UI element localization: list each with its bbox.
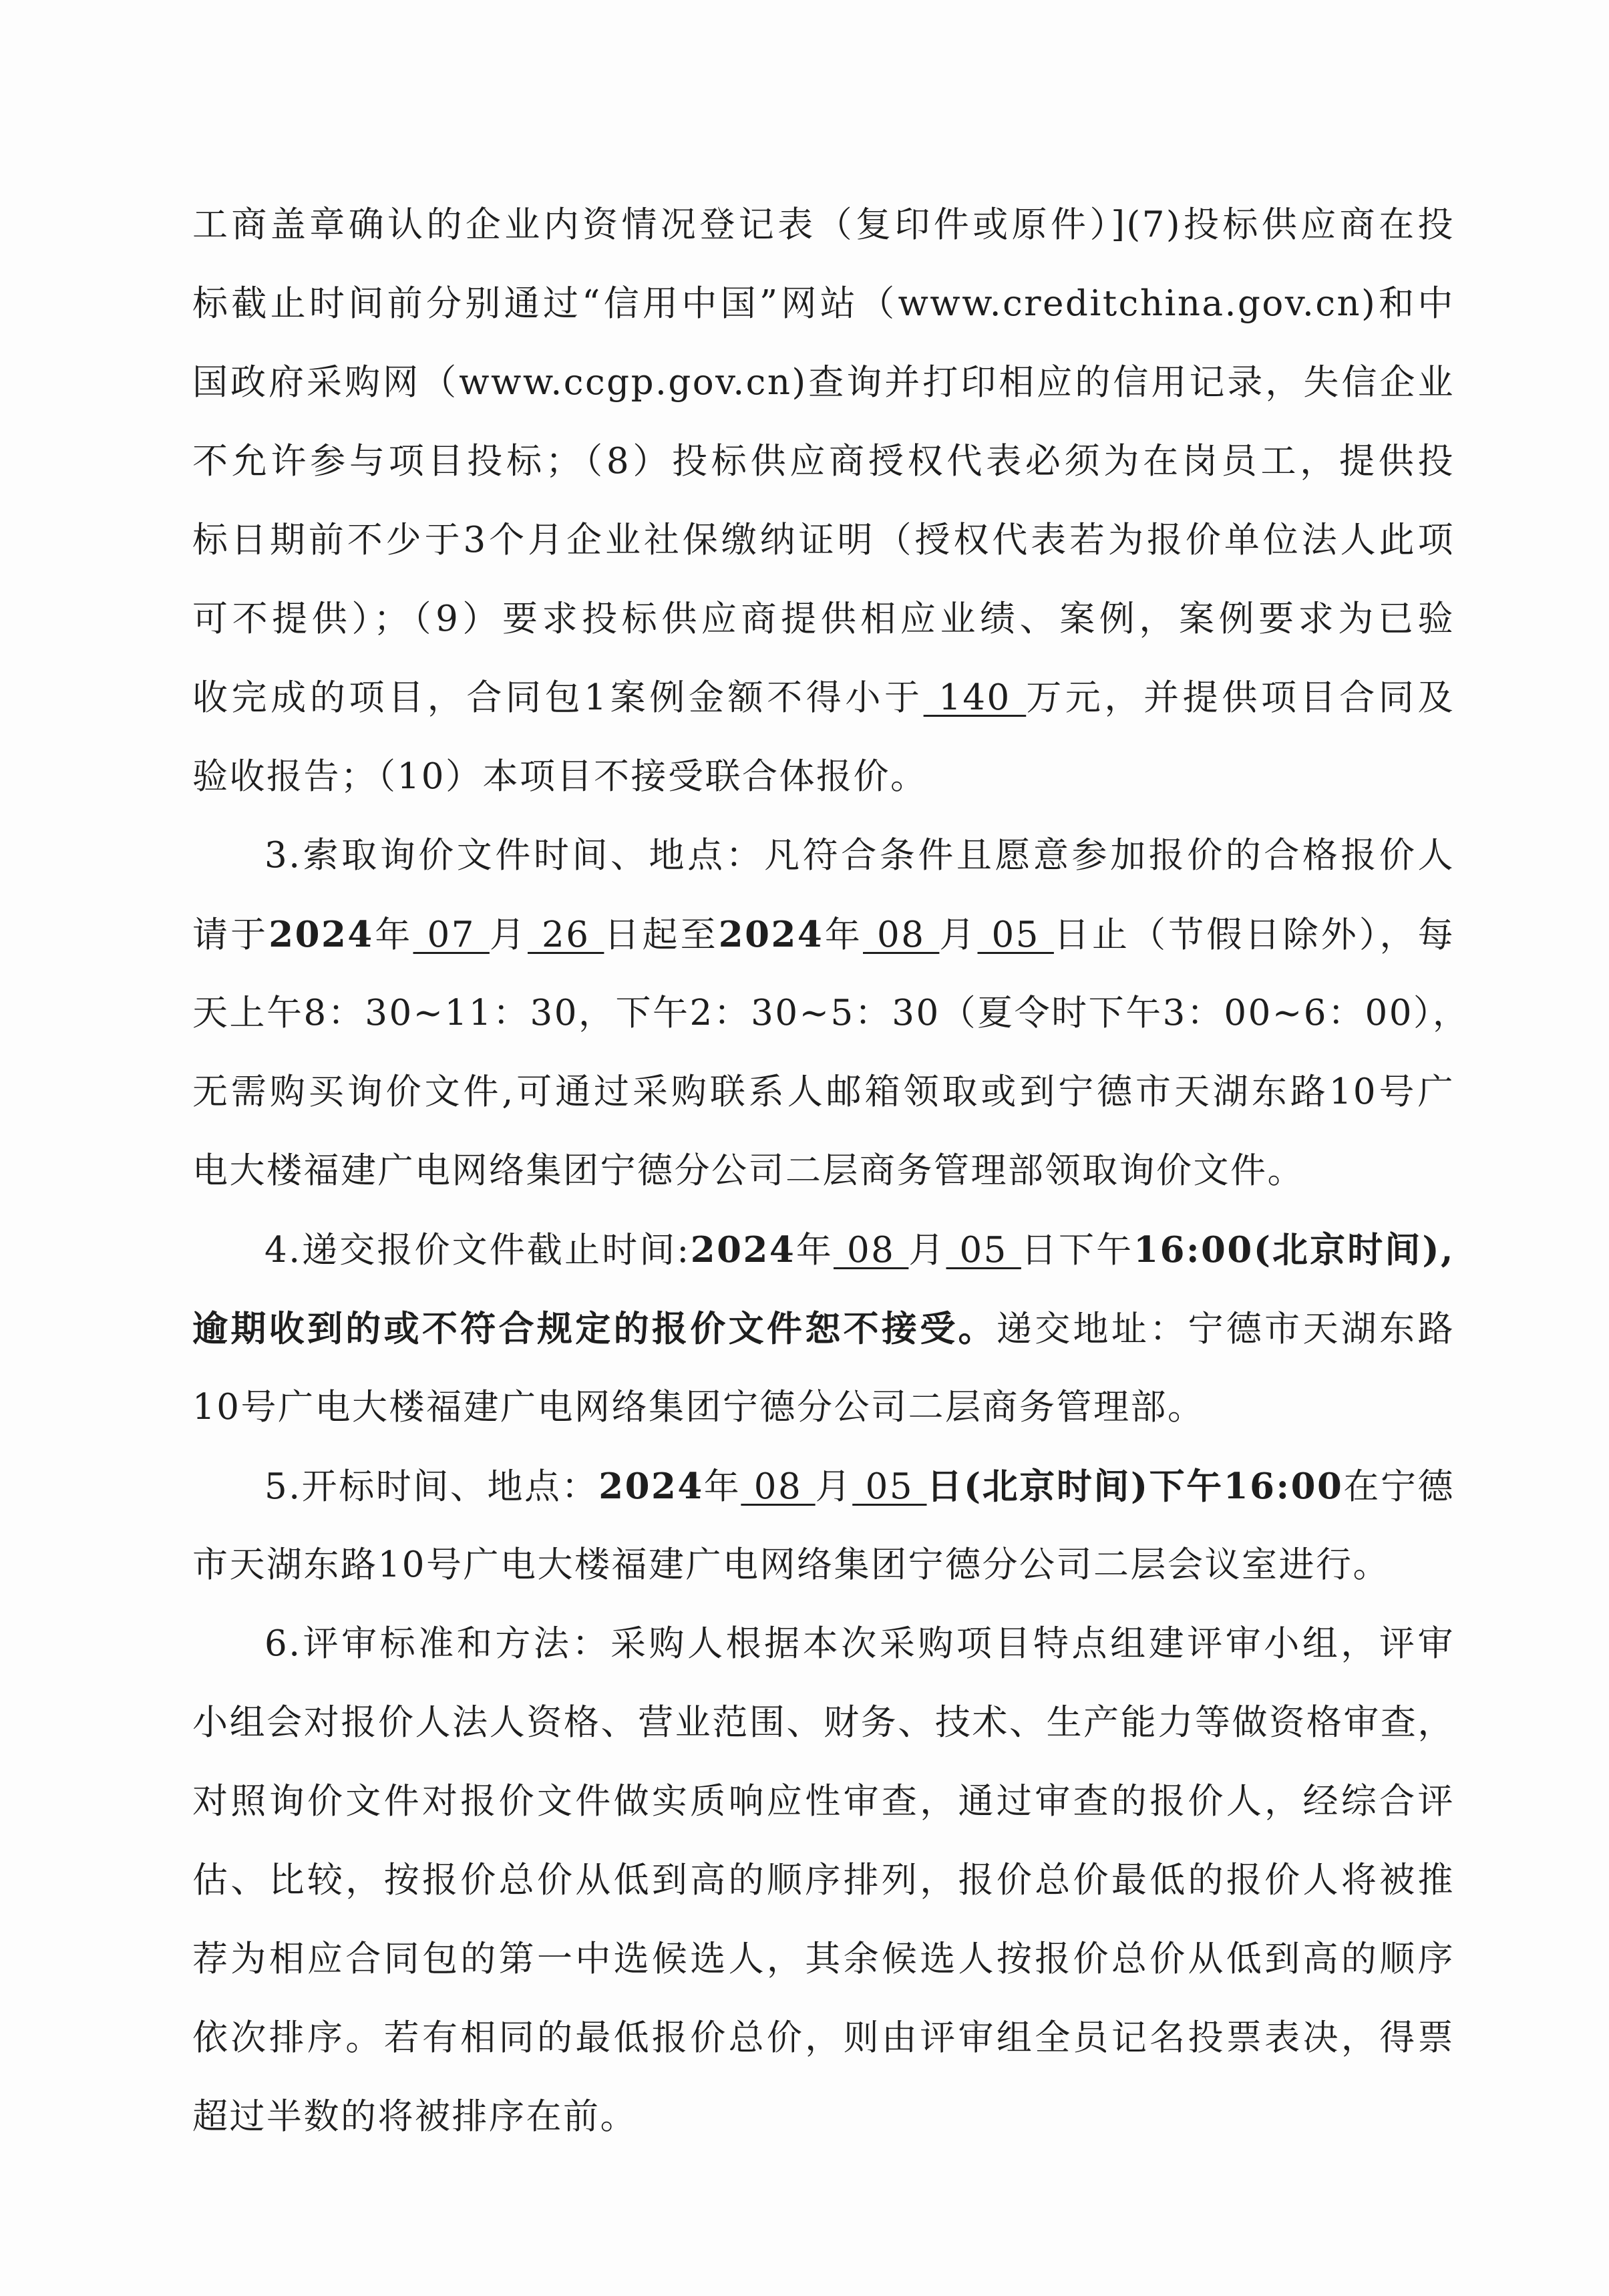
text-segment: 小组会对报价人法人资格、营业范围、财务、技术、生产能力等做资格审查，: [192, 1702, 1455, 1743]
text-line: 可不提供）；（9）要求投标供应商提供相应业绩、案例，案例要求为已验: [192, 580, 1455, 659]
filled-blank: 05: [978, 915, 1054, 955]
filled-blank: 08: [863, 915, 939, 955]
text-segment: (北京时间),: [1254, 1229, 1455, 1271]
text-line: 超过半数的将被排序在前。: [192, 2078, 1455, 2156]
text-segment: 估、比较，按报价总价从低到高的顺序排列，报价总价最低的报价人将被推: [192, 1860, 1455, 1901]
text-line: 收完成的项目，合同包1案例金额不得小于 140 万元，并提供项目合同及: [192, 659, 1455, 737]
text-segment: 16:00: [1133, 1229, 1254, 1271]
text-segment: 电大楼福建广电网络集团宁德分公司二层商务管理部领取询价文件。: [192, 1150, 1304, 1191]
text-line: 无需购买询价文件,可通过采购联系人邮箱领取或到宁德市天湖东路10号广: [192, 1053, 1455, 1132]
filled-blank: 05: [852, 1466, 926, 1507]
text-segment: 2024: [598, 1466, 704, 1507]
text-segment: 3.索取询价文件时间、地点：凡符合条件且愿意参加报价的合格报价人: [264, 835, 1455, 876]
text-segment: 年: [374, 915, 413, 955]
text-line: 6.评审标准和方法：采购人根据本次采购项目特点组建评审小组，评审: [192, 1605, 1455, 1683]
filled-blank: 140: [924, 677, 1027, 718]
text-segment: 收完成的项目，合同包1案例金额不得小于: [192, 677, 924, 718]
text-line: 国政府采购网（www.ccgp.gov.cn)查询并打印相应的信用记录，失信企业: [192, 343, 1455, 422]
text-segment: 对照询价文件对报价文件做实质响应性审查，通过审查的报价人，经综合评: [192, 1781, 1455, 1822]
text-line: 标截止时间前分别通过“信用中国”网站（www.creditchina.gov.c…: [192, 265, 1455, 343]
filled-blank: 08: [834, 1230, 908, 1271]
text-segment: 荐为相应合同包的第一中选候选人，其余候选人按报价总价从低到高的顺序: [192, 1939, 1455, 1979]
text-segment: 2024: [719, 914, 824, 955]
text-segment: 标截止时间前分别通过“信用中国”网站（www.creditchina.gov.c…: [192, 283, 1455, 324]
filled-blank: 26: [528, 915, 604, 955]
text-segment: 可不提供）；（9）要求投标供应商提供相应业绩、案例，案例要求为已验: [192, 599, 1455, 639]
text-segment: 标日期前不少于3个月企业社保缴纳证明（授权代表若为报价单位法人此项: [192, 520, 1455, 560]
text-segment: 递交地址：宁德市天湖东路: [997, 1309, 1455, 1349]
filled-blank: 08: [741, 1466, 815, 1507]
text-line: 10号广电大楼福建广电网络集团宁德分公司二层商务管理部。: [192, 1368, 1455, 1447]
text-segment: 日下午: [1021, 1230, 1133, 1271]
document-page: 工商盖章确认的企业内资情况登记表（复印件或原件）](7)投标供应商在投标截止时间…: [192, 186, 1455, 2156]
text-line: 标日期前不少于3个月企业社保缴纳证明（授权代表若为报价单位法人此项: [192, 501, 1455, 580]
text-line: 天上午8：30~11：30，下午2：30~5：30（夏令时下午3：00~6：00…: [192, 974, 1455, 1053]
text-segment: 4.递交报价文件截止时间:: [264, 1230, 691, 1271]
text-line: 荐为相应合同包的第一中选候选人，其余候选人按报价总价从低到高的顺序: [192, 1920, 1455, 1999]
text-segment: 10号广电大楼福建广电网络集团宁德分公司二层商务管理部。: [192, 1387, 1204, 1428]
text-segment: 逾期收到的或不符合规定的报价文件恕不接受。: [192, 1308, 997, 1349]
text-segment: 在宁德: [1343, 1466, 1455, 1507]
text-segment: 日(北京时间)下午16:00: [926, 1466, 1343, 1507]
text-line: 4.递交报价文件截止时间:2024年 08 月 05 日下午16:00(北京时间…: [192, 1210, 1455, 1289]
text-segment: 月: [490, 915, 528, 955]
text-segment: 天上午8：30~11：30，下午2：30~5：30（夏令时下午3：00~6：00…: [192, 993, 1469, 1033]
text-segment: 工商盖章确认的企业内资情况登记表（复印件或原件）](7)投标供应商在投: [192, 204, 1455, 245]
text-line: 电大楼福建广电网络集团宁德分公司二层商务管理部领取询价文件。: [192, 1132, 1455, 1210]
text-segment: 月: [939, 915, 977, 955]
text-segment: 月: [908, 1230, 946, 1271]
text-line: 逾期收到的或不符合规定的报价文件恕不接受。递交地址：宁德市天湖东路: [192, 1289, 1455, 1368]
text-segment: 依次排序。若有相同的最低报价总价，则由评审组全员记名投票表决，得票: [192, 2017, 1455, 2058]
text-line: 依次排序。若有相同的最低报价总价，则由评审组全员记名投票表决，得票: [192, 1999, 1455, 2078]
text-line: 验收报告；（10）本项目不接受联合体报价。: [192, 737, 1455, 816]
text-segment: 月: [816, 1466, 853, 1507]
text-line: 3.索取询价文件时间、地点：凡符合条件且愿意参加报价的合格报价人: [192, 816, 1455, 895]
text-segment: 市天湖东路10号广电大楼福建广电网络集团宁德分公司二层会议室进行。: [192, 1544, 1390, 1585]
text-line: 请于2024年 07 月 26 日起至2024年 08 月 05 日止（节假日除…: [192, 895, 1455, 974]
text-segment: 验收报告；（10）本项目不接受联合体报价。: [192, 756, 927, 797]
text-line: 工商盖章确认的企业内资情况登记表（复印件或原件）](7)投标供应商在投: [192, 186, 1455, 265]
filled-blank: 07: [413, 915, 490, 955]
text-segment: 请于: [192, 915, 269, 955]
text-segment: 日止（节假日除外），每: [1054, 915, 1455, 955]
text-segment: 年: [704, 1466, 741, 1507]
text-segment: 国政府采购网（www.ccgp.gov.cn)查询并打印相应的信用记录，失信企业: [192, 362, 1455, 403]
text-segment: 5.开标时间、地点：: [264, 1466, 598, 1507]
text-line: 对照询价文件对报价文件做实质响应性审查，通过审查的报价人，经综合评: [192, 1762, 1455, 1841]
text-segment: 超过半数的将被排序在前。: [192, 2096, 637, 2137]
text-line: 市天湖东路10号广电大楼福建广电网络集团宁德分公司二层会议室进行。: [192, 1526, 1455, 1605]
text-segment: 年: [824, 915, 863, 955]
text-line: 5.开标时间、地点：2024年 08 月 05 日(北京时间)下午16:00在宁…: [192, 1447, 1455, 1526]
text-segment: 2024: [691, 1229, 796, 1271]
text-segment: 日起至: [604, 915, 718, 955]
text-segment: 年: [795, 1230, 834, 1271]
text-segment: 6.评审标准和方法：采购人根据本次采购项目特点组建评审小组，评审: [264, 1623, 1455, 1664]
text-segment: 不允许参与项目投标；（8）投标供应商授权代表必须为在岗员工，提供投: [192, 441, 1455, 482]
text-segment: 无需购买询价文件,可通过采购联系人邮箱领取或到宁德市天湖东路10号广: [192, 1072, 1455, 1112]
text-segment: 2024: [269, 914, 374, 955]
text-line: 不允许参与项目投标；（8）投标供应商授权代表必须为在岗员工，提供投: [192, 422, 1455, 501]
text-segment: 万元，并提供项目合同及: [1026, 677, 1455, 718]
filled-blank: 05: [946, 1230, 1021, 1271]
text-line: 估、比较，按报价总价从低到高的顺序排列，报价总价最低的报价人将被推: [192, 1841, 1455, 1920]
text-line: 小组会对报价人法人资格、营业范围、财务、技术、生产能力等做资格审查，: [192, 1683, 1455, 1762]
